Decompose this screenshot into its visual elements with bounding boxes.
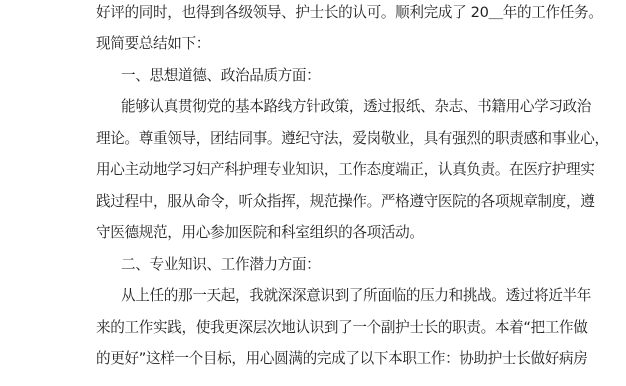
text-line-4: 能够认真贯彻党的基本路线方针政策，透过报纸、杂志、书籍用心学习政治 bbox=[121, 98, 591, 116]
text-line-12: 的更好”这样一个目标，用心圆满的完成了以下本职工作：协助护士长做好病房 bbox=[96, 350, 588, 368]
text-line-1: 好评的同时，也得到各级领导、护士长的认可。顺利完成了 20＿年的工作任务。 bbox=[96, 4, 602, 22]
document-page: 好评的同时，也得到各级领导、护士长的认可。顺利完成了 20＿年的工作任务。 现简… bbox=[0, 0, 626, 386]
text-line-11: 来的工作实践，使我更深层次地认识到了一个副护士长的职责。本着“把工作做 bbox=[96, 319, 588, 337]
text-line-10: 从上任的那一天起，我就深深意识到了所面临的压力和挑战。透过将近半年 bbox=[121, 287, 591, 305]
text-line-2: 现简要总结如下： bbox=[96, 35, 210, 53]
text-line-5: 理论。尊重领导，团结同事。遵纪守法，爱岗敬业，具有强烈的职责感和事业心， bbox=[96, 130, 609, 148]
text-line-8: 守医德规范，用心参加医院和科室组织的各项活动。 bbox=[96, 224, 424, 242]
text-line-7: 践过程中，服从命令，听众指挥，规范操作。严格遵守医院的各项规章制度，遵 bbox=[96, 193, 595, 211]
section-heading-1: 一、思想道德、政治品质方面： bbox=[121, 67, 320, 85]
text-line-6: 用心主动地学习妇产科护理专业知识，工作态度端正，认真负责。在医疗护理实 bbox=[96, 161, 595, 179]
section-heading-2: 二、专业知识、工作潜力方面： bbox=[121, 256, 320, 274]
